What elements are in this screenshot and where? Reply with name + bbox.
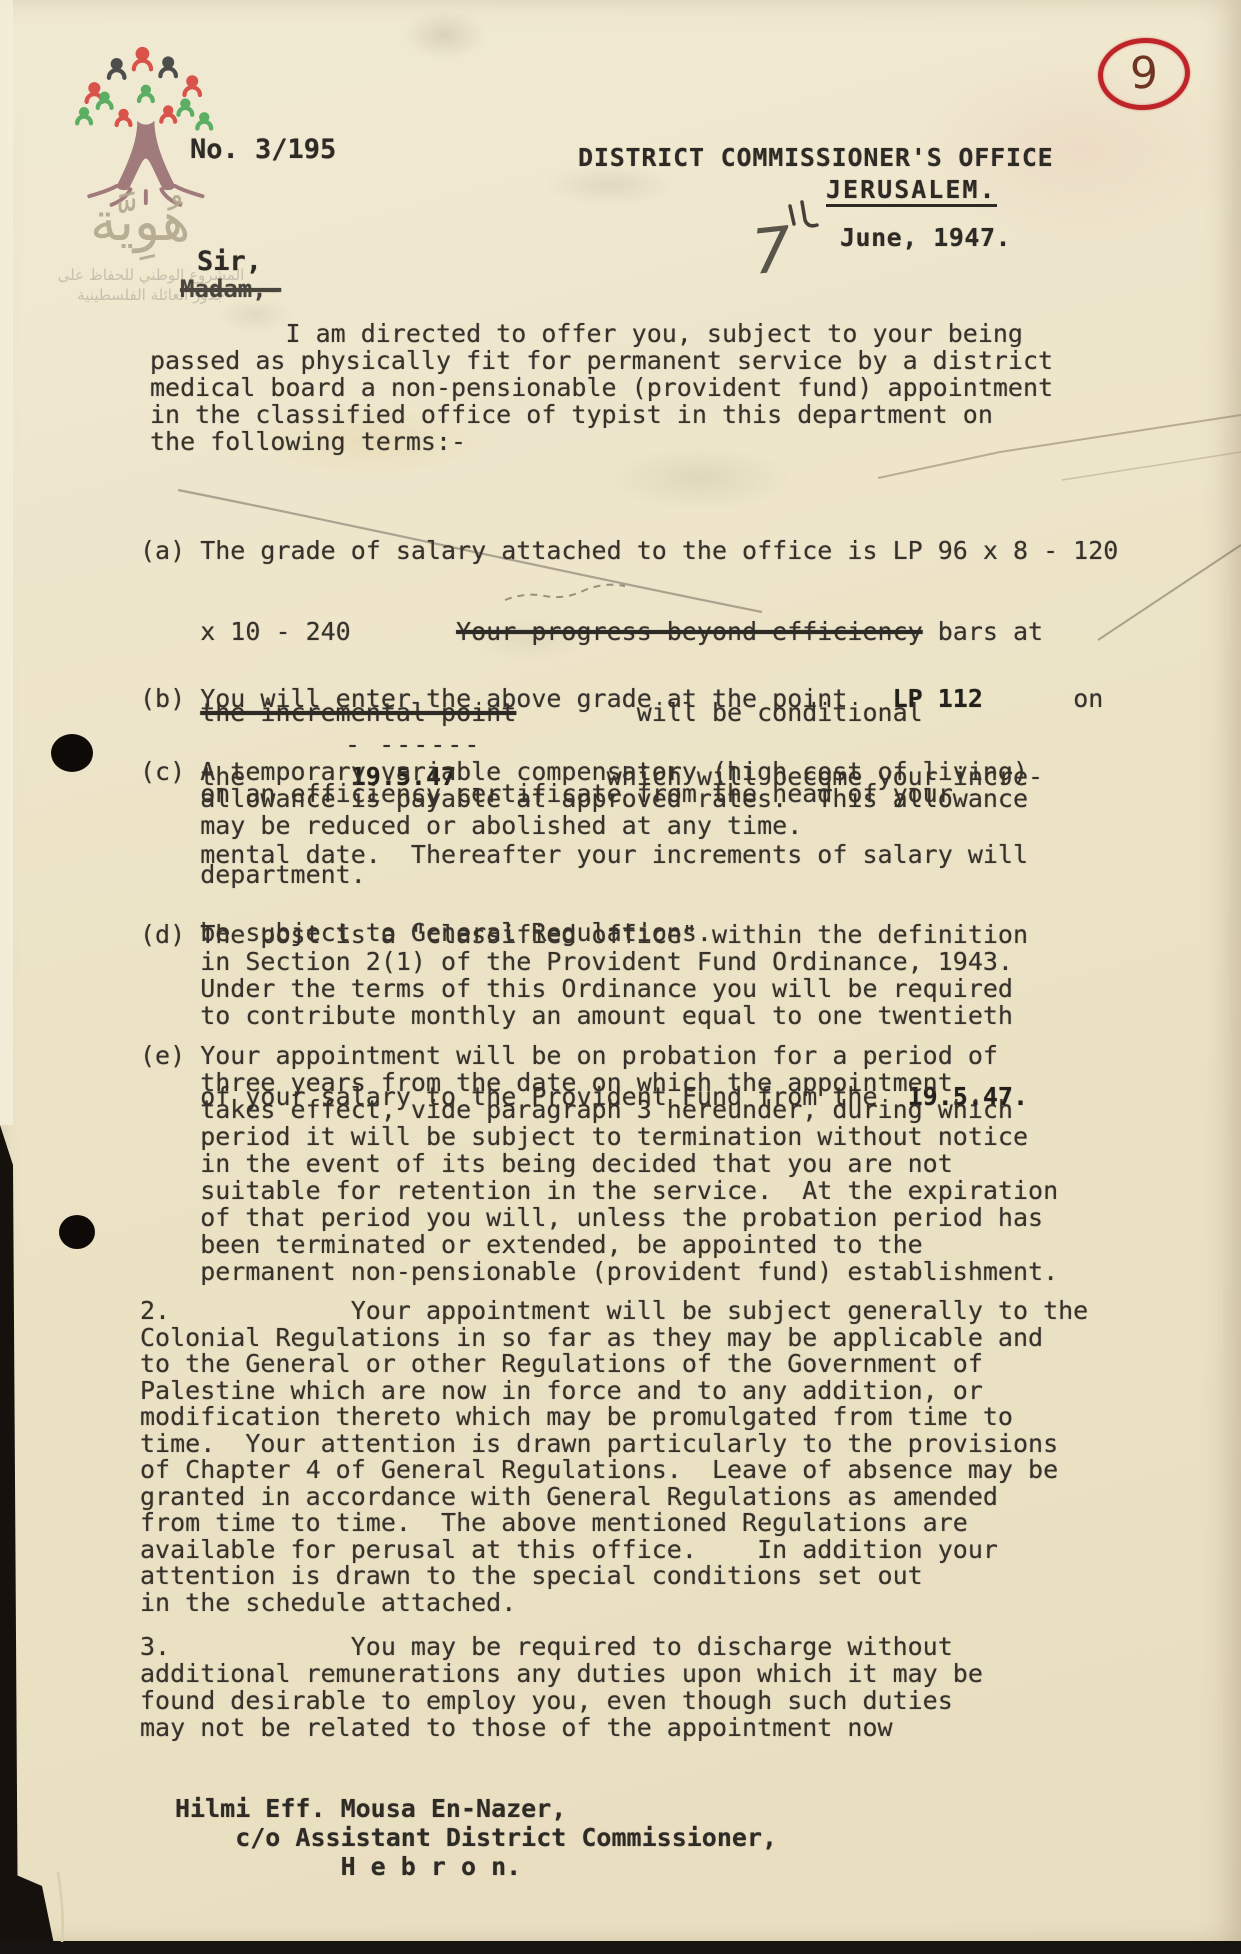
- corner-fold-line: [58, 1872, 63, 1942]
- scan-bottom-edge: [0, 1941, 1241, 1954]
- scan-artifacts-overlay: [0, 0, 1241, 1954]
- crease-line-1: [878, 415, 1241, 478]
- pencil-line-item-a: [178, 490, 762, 612]
- handwritten-tick-mark: [790, 202, 817, 226]
- scanned-letter-page: هُوِيَّة المشروع الوطني للحفاظ على جذور …: [0, 0, 1241, 1954]
- pencil-line-item-b: [1098, 545, 1241, 640]
- scan-left-edge-shadow: [0, 1125, 18, 1954]
- punch-hole-top: [51, 734, 93, 772]
- pencil-squiggle: [505, 585, 625, 600]
- crease-line-2: [1062, 452, 1241, 480]
- punch-hole-bottom: [59, 1215, 95, 1249]
- paper-left-edge-highlight: [0, 0, 13, 1125]
